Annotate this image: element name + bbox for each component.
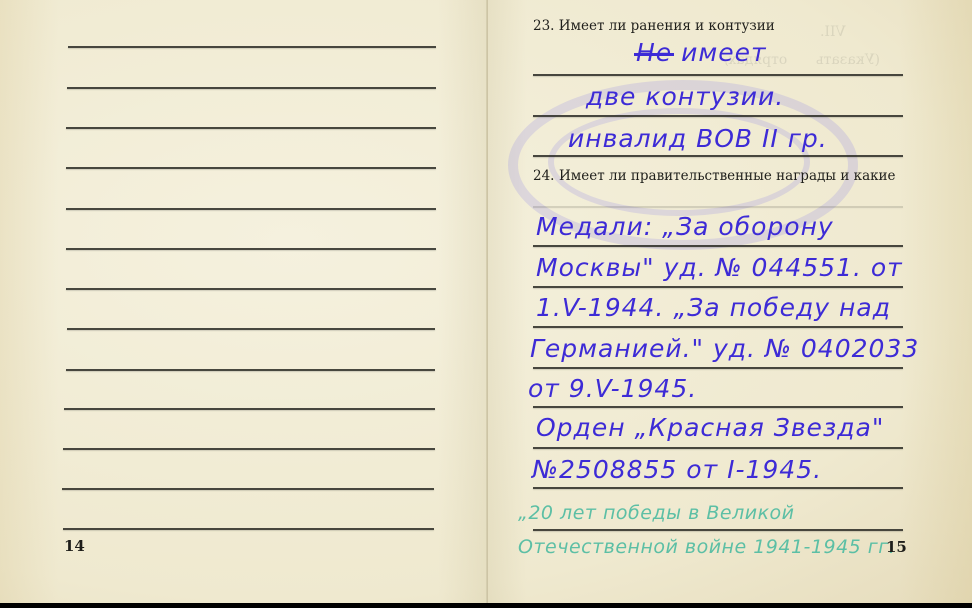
blank-rule bbox=[66, 248, 436, 250]
answer-rule bbox=[533, 487, 903, 489]
answer-rule bbox=[533, 326, 903, 328]
blank-rule bbox=[66, 369, 435, 371]
answer-rule bbox=[533, 245, 903, 247]
handwritten-award-line: Германией." уд. № 0402033 bbox=[530, 334, 919, 363]
stamped-medal-line: „20 лет победы в Великой bbox=[518, 502, 795, 524]
handwritten-award-line: Медали: „За оборону bbox=[536, 212, 834, 241]
handwritten-answer-23-line-3: инвалид ВОВ II гр. bbox=[568, 124, 828, 153]
blank-rule bbox=[63, 448, 435, 450]
question-text: Имеет ли правительственные награды и как… bbox=[559, 168, 896, 184]
stamped-medal-line: Отечественной войне 1941-1945 гг. bbox=[518, 536, 895, 558]
question-23-label: 23. Имеет ли ранения и контузии bbox=[533, 18, 775, 34]
right-page: VII. (Указать отрядах, 23. Имеет ли ране… bbox=[488, 0, 972, 603]
question-number: 23. bbox=[533, 18, 554, 34]
blank-rule bbox=[64, 408, 435, 410]
answer-rule bbox=[533, 447, 903, 449]
handwritten-answer-23-line-1: Не имеет bbox=[636, 38, 767, 67]
document-spread: 14 VII. (Указать отрядах, 23. Имеет ли р… bbox=[0, 0, 972, 603]
answer-rule bbox=[533, 286, 903, 288]
question-24-label: 24.Имеет ли правительственные награды и … bbox=[533, 168, 903, 184]
question-text: Имеет ли ранения и контузии bbox=[559, 18, 775, 34]
handwritten-award-line: №2508855 от I-1945. bbox=[532, 455, 822, 484]
blank-rule bbox=[66, 127, 436, 129]
answer-rule bbox=[533, 367, 903, 369]
answer-word: имеет bbox=[681, 38, 766, 67]
page-number-left: 14 bbox=[64, 537, 85, 555]
blank-rule bbox=[66, 208, 436, 210]
blank-rule bbox=[68, 46, 436, 48]
blank-rule bbox=[66, 288, 436, 290]
answer-rule bbox=[533, 406, 903, 408]
blank-rule bbox=[63, 528, 434, 530]
page-number-right: 15 bbox=[886, 538, 907, 556]
left-page: 14 bbox=[0, 0, 487, 603]
handwritten-award-line: 1.V-1944. „За победу над bbox=[536, 293, 891, 322]
blank-rule bbox=[66, 167, 436, 169]
handwritten-award-line: Орден „Красная Звезда" bbox=[536, 413, 884, 442]
answer-rule bbox=[533, 155, 903, 157]
handwritten-award-line: Москвы" уд. № 044551. от bbox=[536, 253, 903, 282]
answer-rule bbox=[533, 74, 903, 76]
bleed-through-text: (Указать bbox=[816, 52, 880, 68]
answer-rule bbox=[533, 206, 903, 208]
handwritten-answer-23-line-2: две контузии. bbox=[586, 82, 784, 111]
blank-rule bbox=[62, 488, 434, 490]
struck-word: Не bbox=[636, 38, 672, 67]
blank-rule bbox=[67, 87, 436, 89]
handwritten-award-line: от 9.V-1945. bbox=[528, 374, 697, 403]
question-number: 24. bbox=[533, 168, 559, 184]
blank-rule bbox=[67, 328, 435, 330]
answer-rule bbox=[533, 115, 903, 117]
answer-rule bbox=[533, 529, 903, 531]
bleed-through-text: VII. bbox=[820, 24, 846, 40]
